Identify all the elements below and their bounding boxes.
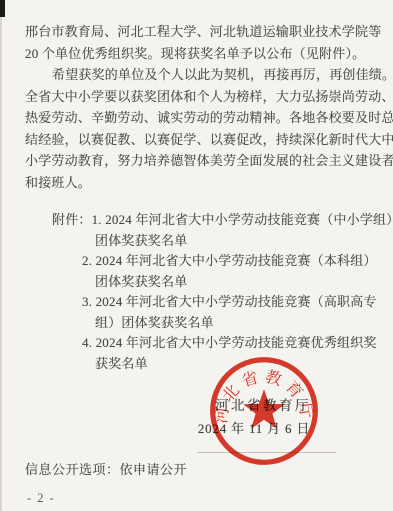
document-body-text: 邢台市教育局、河北工程大学、河北轨道运输职业技术学院等20 个单位优秀组织奖。现… xyxy=(25,21,373,193)
scan-left-edge xyxy=(0,0,2,511)
text-line: 全省大中小学要以获奖团体和个人为榜样，大力弘扬崇尚劳动、 xyxy=(25,86,373,108)
text-line: 邢台市教育局、河北工程大学、河北轨道运输职业技术学院等 xyxy=(25,21,373,43)
scan-corner-mark xyxy=(0,0,5,17)
text-line: 希望获奖的单位及个人以此为契机，再接再厉，再创佳绩。 xyxy=(25,64,373,86)
text-line: 和接班人。 xyxy=(25,172,373,194)
disclosure-option: 信息公开选项：依申请公开 xyxy=(25,459,187,478)
text-line: 附件：1. 2024 年河北省大中小学劳动技能竞赛（中小学组） xyxy=(25,210,373,231)
text-line: 2. 2024 年河北省大中小学劳动技能竞赛（本科组） xyxy=(25,251,373,272)
text-line: 热爱劳动、辛勤劳动、诚实劳动的劳动精神。各地各校要及时总 xyxy=(25,107,373,129)
text-line: 结经验，以赛促教、以赛促学、以赛促改，持续深化新时代大中 xyxy=(25,129,373,151)
scanned-document-page: { "page": { "bg_color": "#f5f3ef", "text… xyxy=(0,0,393,511)
text-line: 小学劳动教育，努力培养德智体美劳全面发展的社会主义建设者 xyxy=(25,150,373,172)
text-line: 团体奖获奖名单 xyxy=(25,272,373,293)
official-seal: 河北省教育厅 xyxy=(207,354,321,468)
seal-star-icon xyxy=(243,389,285,429)
text-line: 团体奖获奖名单 xyxy=(25,231,373,252)
attachment-list: 附件：1. 2024 年河北省大中小学劳动技能竞赛（中小学组）团体奖获奖名单2.… xyxy=(25,210,373,374)
text-line: 3. 2024 年河北省大中小学劳动技能竞赛（高职高专 xyxy=(25,292,373,313)
page-number: - 2 - xyxy=(27,491,55,506)
text-line: 4. 2024 年河北省大中小学劳动技能竞赛优秀组织奖 xyxy=(25,333,373,354)
text-line: 20 个单位优秀组织奖。现将获奖名单予以公布（见附件）。 xyxy=(25,43,373,65)
text-line: 组）团体奖获奖名单 xyxy=(25,313,373,334)
